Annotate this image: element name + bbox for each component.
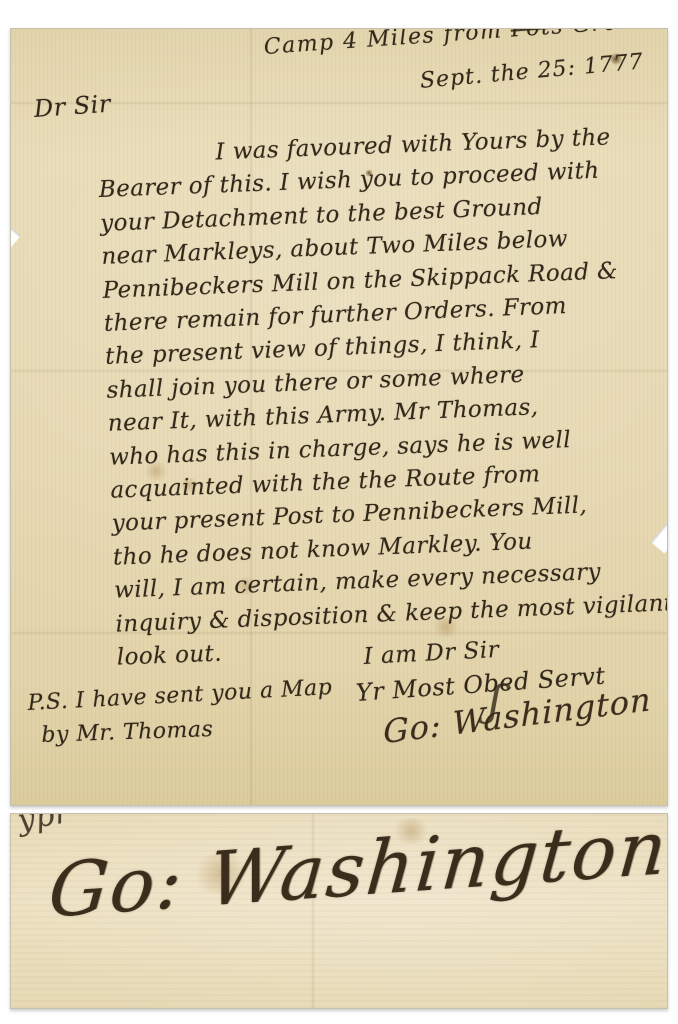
page: Camp 4 Miles from Pots Grove Sept. the 2… bbox=[0, 0, 678, 1024]
postscript-line-1: P.S. I have sent you a Map bbox=[27, 675, 333, 716]
signature-closeup-photograph: ypr Go: Washington bbox=[10, 813, 668, 1009]
heading-location-struck-text: Pots Grove bbox=[510, 28, 647, 43]
letter-body: I was favoured with Yours by the Bearer … bbox=[97, 120, 668, 676]
signature-closeup-text: Go: Washington bbox=[45, 813, 668, 935]
letter-photograph: Camp 4 Miles from Pots Grove Sept. the 2… bbox=[10, 28, 668, 806]
letter-salutation: Dr Sir bbox=[33, 90, 112, 123]
cut-off-pen-strokes: ypr bbox=[15, 813, 72, 838]
postscript-line-2: by Mr. Thomas bbox=[41, 717, 214, 748]
letter-heading-date: Sept. the 25: 1777 bbox=[419, 49, 645, 93]
heading-location-text: Camp 4 Miles from bbox=[263, 28, 512, 60]
edge-tear bbox=[10, 227, 21, 251]
